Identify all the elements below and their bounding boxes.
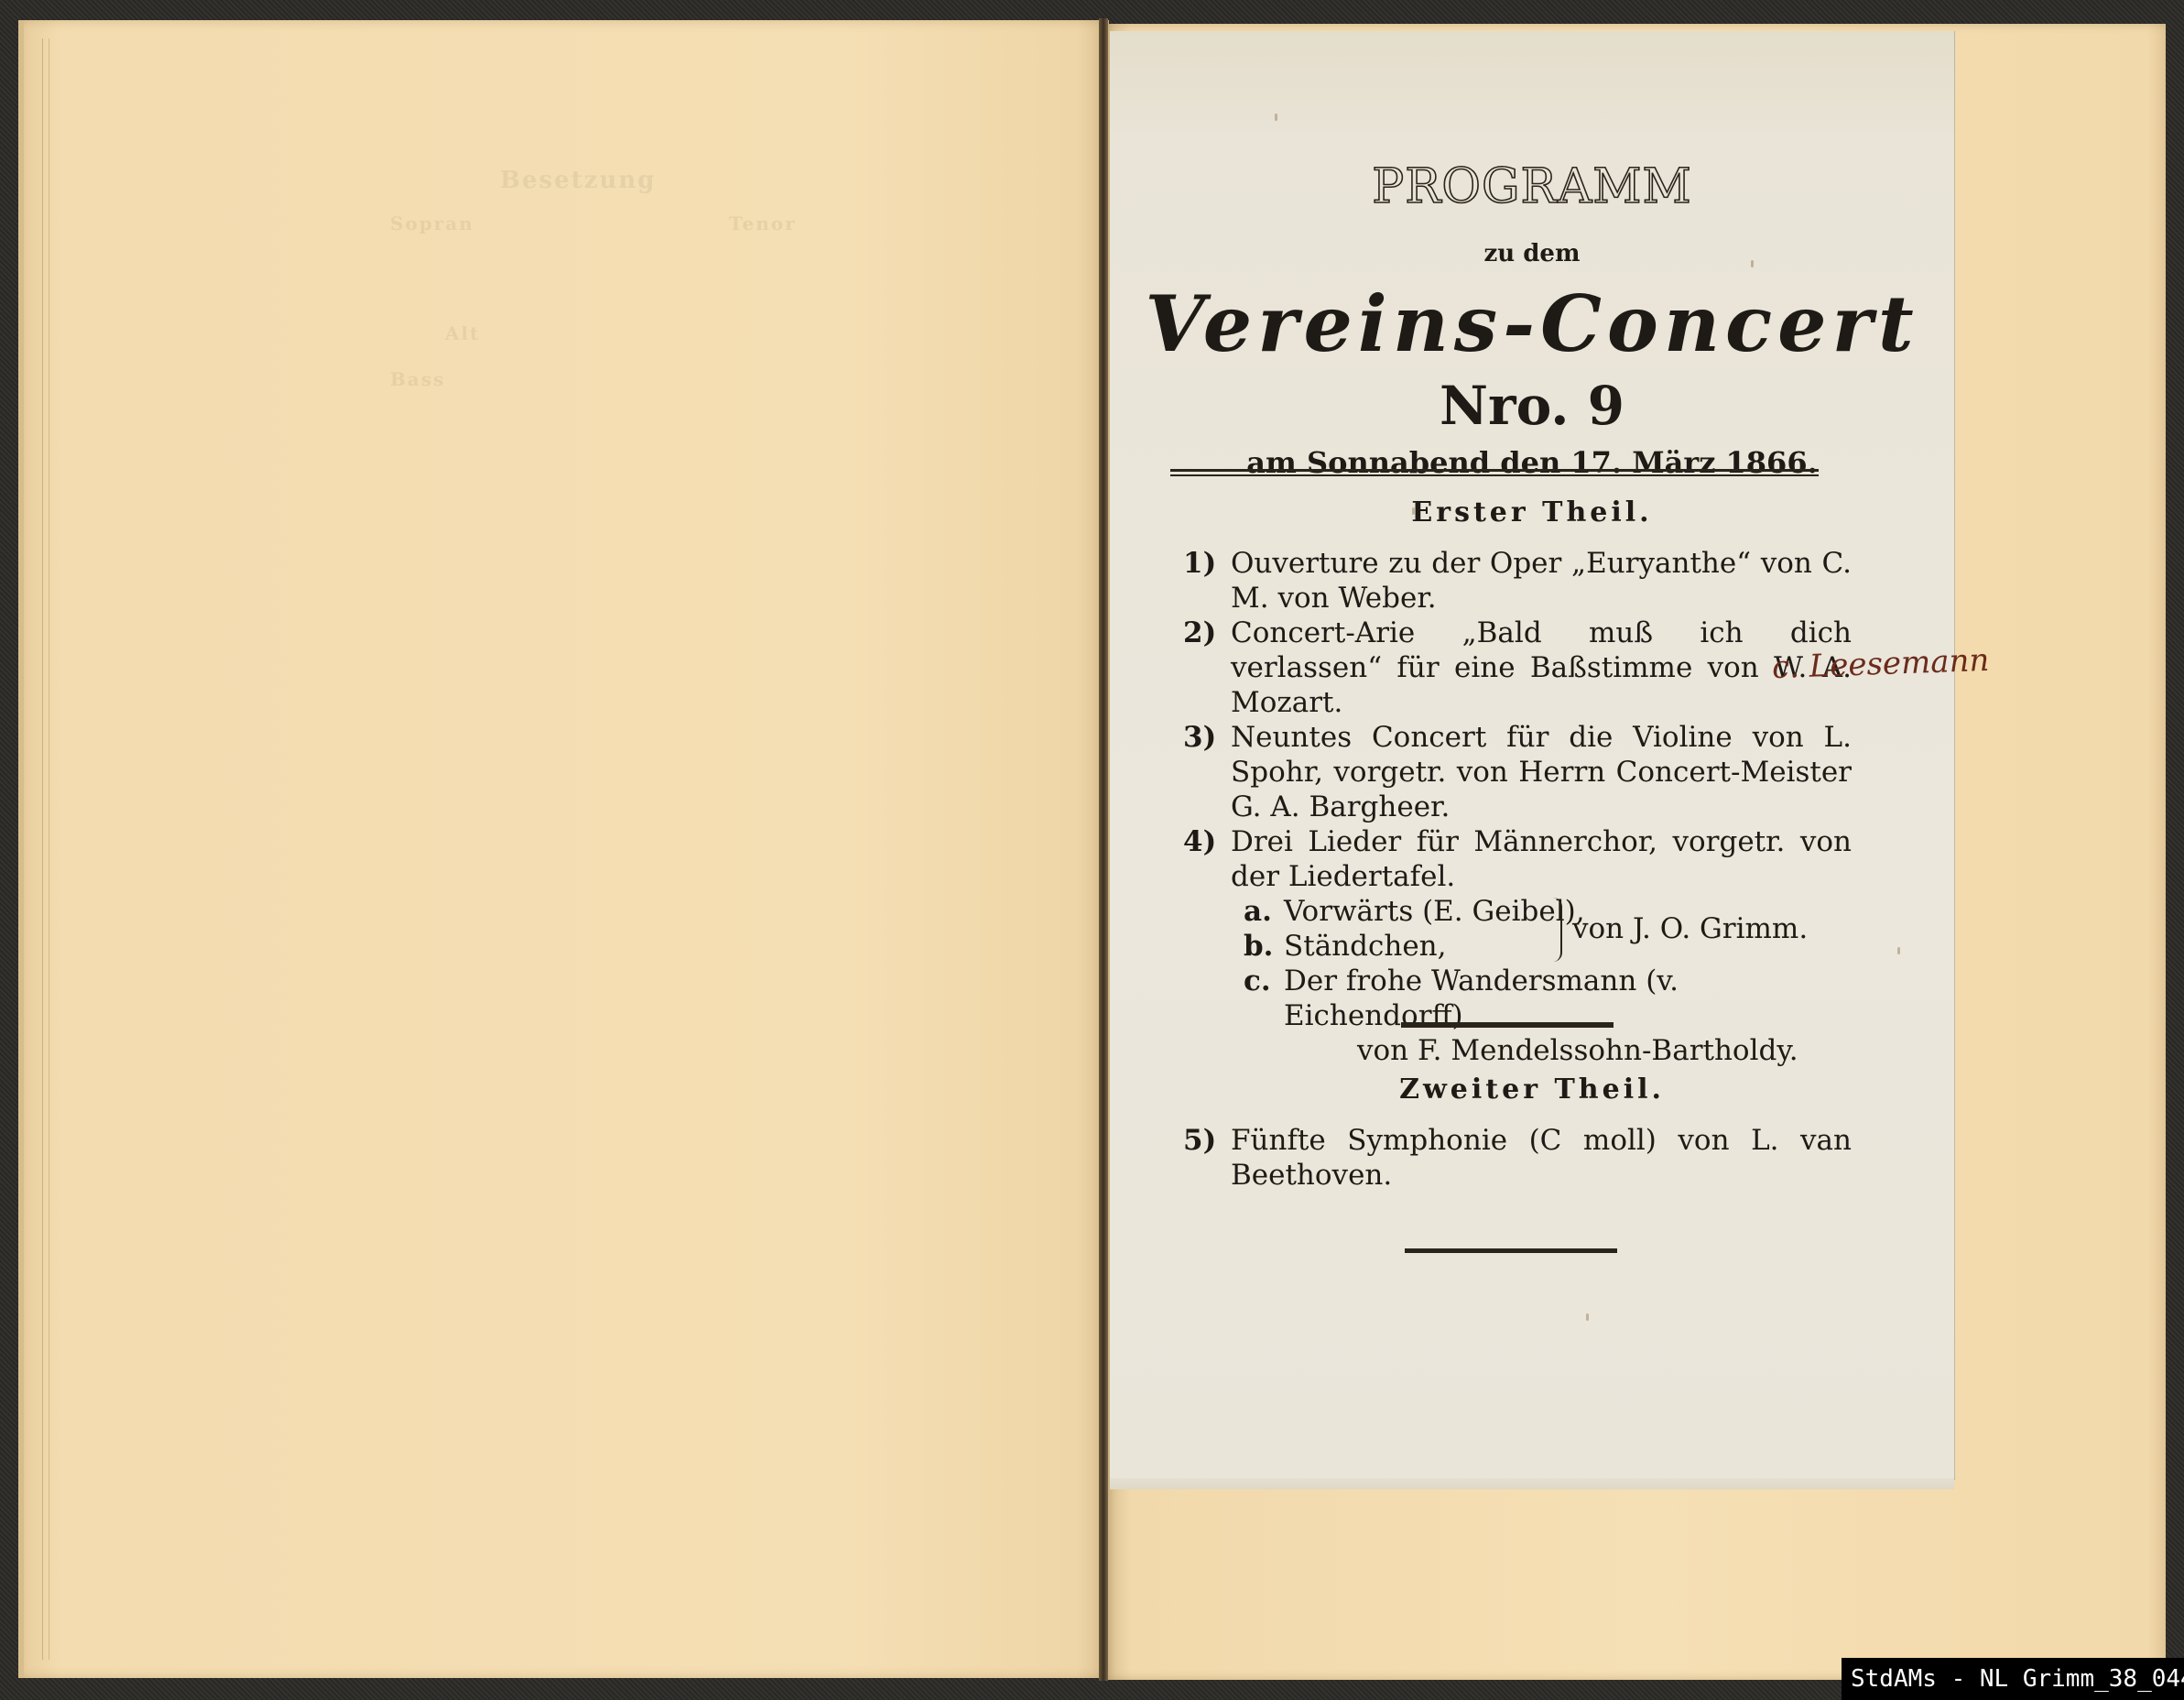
handwritten-annotation: c. Leesemann — [1771, 642, 1990, 686]
bleed-through-text: Bass — [390, 368, 445, 390]
item-text: Neuntes Concert für die Violine von L. S… — [1231, 720, 1852, 824]
section-divider — [1401, 1022, 1614, 1028]
sub-item-text: Vorwärts (E. Geibel), — [1284, 895, 1585, 928]
bleed-through-text: Alt — [445, 322, 480, 344]
part2-title: Zweiter Theil. — [1110, 1073, 1954, 1106]
paper-fold-edge — [1110, 1478, 1954, 1489]
program-item: 4) Drei Lieder für Männerchor, vorgetr. … — [1183, 824, 1852, 894]
program-heading: PROGRAMM — [1110, 159, 1954, 214]
sub-item-text: Ständchen, — [1284, 930, 1446, 963]
sub-item-continuation: von F. Mendelssohn-Bartholdy. — [1183, 1033, 1852, 1068]
bleed-through-text: Besetzung — [500, 167, 656, 194]
program-title: Vereins-Concert — [1110, 278, 1954, 369]
brace-symbol — [1551, 898, 1562, 962]
item-text: Ouverture zu der Oper „Euryanthe“ von C.… — [1231, 546, 1852, 616]
item-text: Fünfte Symphonie (C moll) von L. van Bee… — [1231, 1123, 1852, 1193]
part1-title: Erster Theil. — [1110, 496, 1954, 529]
bleed-through-text: Sopran — [390, 212, 474, 234]
program-item: 3) Neuntes Concert für die Violine von L… — [1183, 720, 1852, 824]
sub-item-text: von F. Mendelssohn-Bartholdy. — [1357, 1034, 1798, 1067]
sub-item-letter: a. — [1244, 894, 1272, 929]
program-item: 2) Concert-Arie „Bald muß ich dich verla… — [1183, 616, 1852, 720]
end-divider — [1405, 1248, 1617, 1253]
bleed-through-text: Tenor — [729, 212, 797, 234]
item-number: 3) — [1183, 720, 1216, 755]
item-text: Concert-Arie „Bald muß ich dich verlasse… — [1231, 616, 1852, 720]
program-item: 1) Ouverture zu der Oper „Euryanthe“ von… — [1183, 546, 1852, 616]
sub-item-letter: b. — [1244, 929, 1273, 964]
item-number: 2) — [1183, 616, 1216, 650]
grimm-songs-group: a. Vorwärts (E. Geibel), b. Ständchen, v… — [1183, 894, 1852, 964]
program-item: 5) Fünfte Symphonie (C moll) von L. van … — [1183, 1123, 1852, 1193]
item-number: 5) — [1183, 1123, 1216, 1158]
item-number: 1) — [1183, 546, 1216, 581]
item-text: Drei Lieder für Männerchor, vorgetr. von… — [1231, 824, 1852, 894]
concert-number: Nro. 9 — [1110, 375, 1954, 437]
left-page: Besetzung Sopran Tenor Alt Bass — [18, 20, 1109, 1678]
item-number: 4) — [1183, 824, 1216, 859]
double-rule-divider — [1170, 469, 1819, 476]
part1-items: 1) Ouverture zu der Oper „Euryanthe“ von… — [1183, 546, 1852, 1068]
page-edge-lines — [42, 38, 49, 1660]
concert-program-sheet: PROGRAMM zu dem Vereins-Concert Nro. 9 a… — [1110, 31, 1955, 1480]
book-gutter — [1099, 18, 1108, 1681]
archive-caption: StdAMs - NL Grimm_38_044 — [1842, 1658, 2184, 1700]
part2-items: 5) Fünfte Symphonie (C moll) von L. van … — [1183, 1123, 1852, 1193]
sub-item-letter: c. — [1244, 964, 1271, 998]
program-subheading: zu dem — [1110, 240, 1954, 267]
brace-attribution: von J. O. Grimm. — [1572, 911, 1808, 946]
